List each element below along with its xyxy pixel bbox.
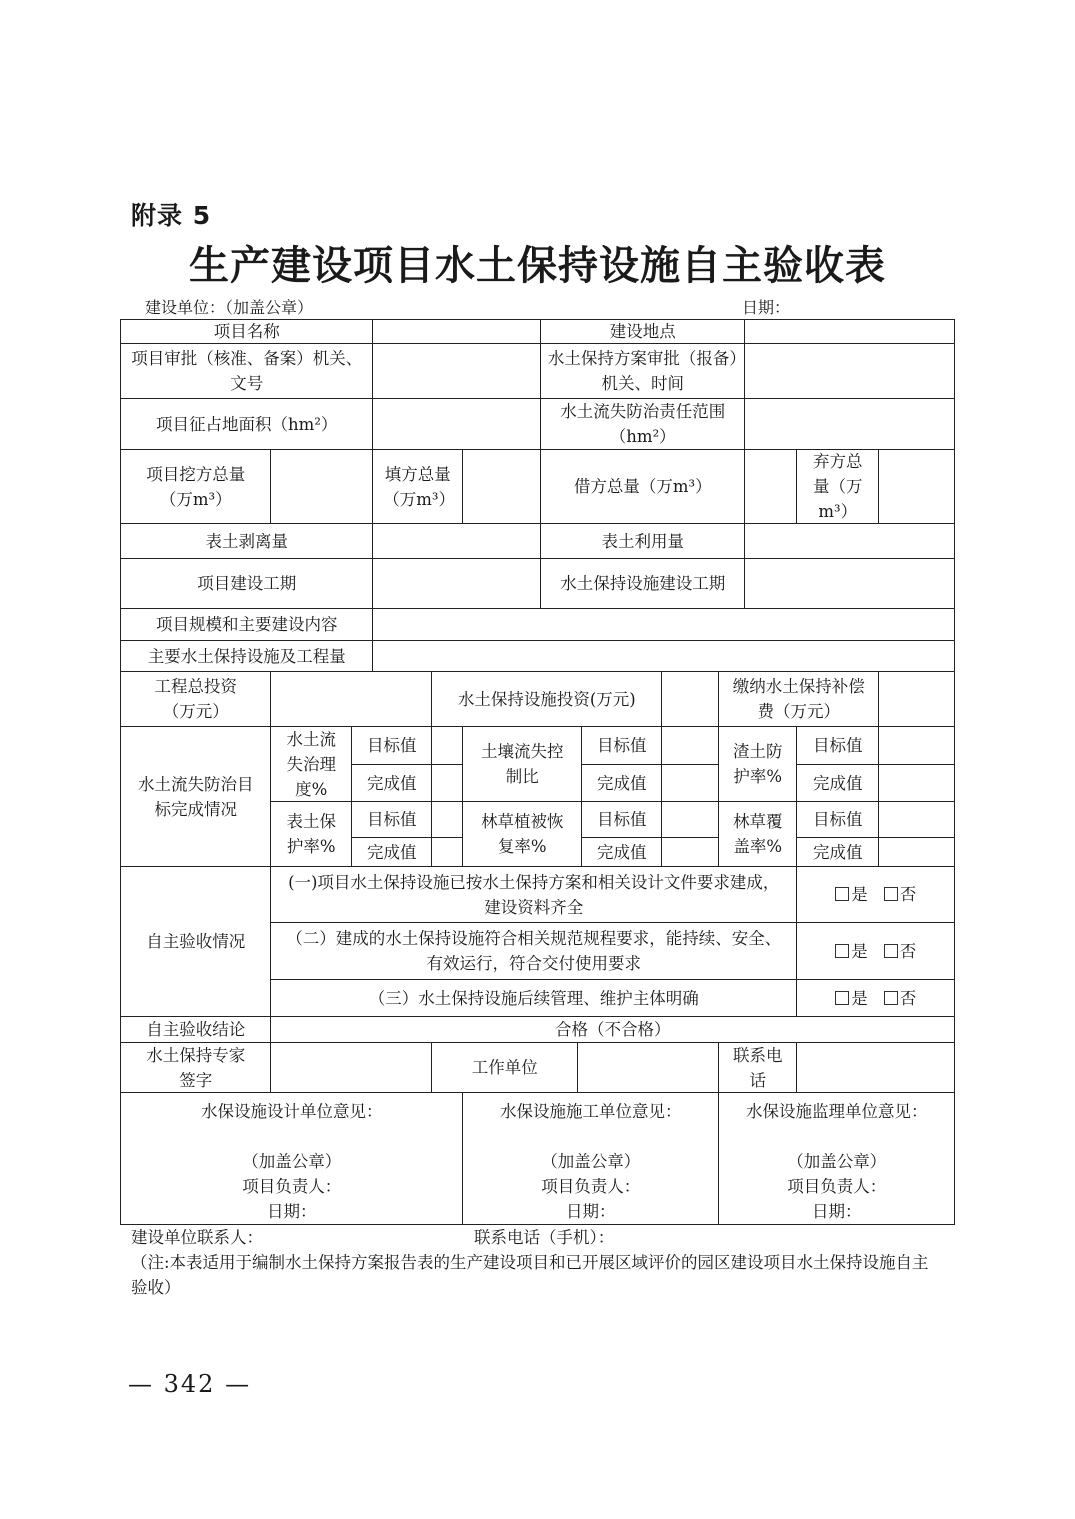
opinion-construction-unit[interactable]: 水保设施施工单位意见： （加盖公章） 项目负责人： 日期： [462, 1092, 719, 1225]
opinion-title: 水保设施监理单位意见： [746, 1099, 928, 1124]
checkbox-icon[interactable] [884, 991, 898, 1005]
no-option[interactable]: 否 [884, 939, 917, 964]
input-project-name[interactable] [372, 319, 541, 344]
yes-option[interactable]: 是 [835, 939, 868, 964]
input-main-facilities[interactable] [372, 640, 955, 672]
label-total-investment: 工程总投资（万元） [120, 671, 271, 727]
opinion-design-unit[interactable]: 水保设施设计单位意见： （加盖公章） 项目负责人： 日期： [120, 1092, 463, 1225]
label-target: 目标值 [351, 801, 432, 838]
label-expert-signature: 水土保持专家签字 [120, 1042, 271, 1093]
input-land-area[interactable] [372, 398, 541, 450]
input-waste[interactable] [878, 449, 955, 524]
leader-label: 项目负责人： [787, 1174, 886, 1199]
input-site[interactable] [744, 319, 955, 344]
label-compensation: 缴纳水土保持补偿费（万元） [718, 671, 879, 727]
checkbox-icon[interactable] [884, 887, 898, 901]
label-done: 完成值 [351, 837, 432, 867]
yes-option[interactable]: 是 [835, 882, 868, 907]
conclusion-value[interactable]: 合格（不合格） [270, 1016, 955, 1043]
label-facility-period: 水土保持设施建设工期 [540, 558, 745, 609]
label-target: 目标值 [581, 726, 662, 765]
seal-label: （加盖公章） [541, 1149, 640, 1174]
input-responsibility-area[interactable] [744, 398, 955, 450]
label-done: 完成值 [796, 837, 879, 867]
leader-label: 项目负责人： [541, 1174, 640, 1199]
input-topsoil-stripped[interactable] [372, 523, 541, 559]
input-phone[interactable] [796, 1042, 955, 1093]
label-conclusion: 自主验收结论 [120, 1016, 271, 1043]
seal-label: （加盖公章） [242, 1149, 341, 1174]
label-target: 目标值 [581, 801, 662, 838]
acceptance-choice-3: 是 否 [796, 979, 955, 1017]
label-facility-investment: 水土保持设施投资(万元) [431, 671, 662, 727]
checkbox-icon[interactable] [884, 944, 898, 958]
input-compensation[interactable] [878, 671, 955, 727]
indicator-erosion-control: 水土流失治理度% [270, 726, 352, 802]
input-facility-investment[interactable] [661, 671, 719, 727]
label-target: 目标值 [796, 726, 879, 765]
input-target-erosion-control[interactable] [431, 726, 463, 765]
label-excavation: 项目挖方总量（万m³） [120, 449, 271, 524]
contact-phone-label: 联系电话（手机）： [474, 1225, 614, 1250]
date-label: 日期： [566, 1199, 616, 1224]
input-done-soil-loss-ratio[interactable] [661, 764, 719, 802]
label-waste: 弃方总量（万m³） [796, 449, 879, 524]
label-goals-section: 水土流失防治目标完成情况 [120, 726, 271, 867]
no-option[interactable]: 否 [884, 986, 917, 1011]
input-target-vegetation-coverage[interactable] [878, 801, 955, 838]
checkbox-icon[interactable] [835, 944, 849, 958]
input-done-vegetation-restoration[interactable] [661, 837, 719, 867]
indicator-vegetation-coverage: 林草覆盖率% [718, 801, 797, 867]
input-excavation[interactable] [270, 449, 373, 524]
yes-option[interactable]: 是 [835, 986, 868, 1011]
opinion-title: 水保设施施工单位意见： [500, 1099, 682, 1124]
input-scale[interactable] [372, 608, 955, 641]
date-label: 日期： [812, 1199, 862, 1224]
label-fill: 填方总量（万m³） [372, 449, 463, 524]
input-borrow[interactable] [744, 449, 797, 524]
indicator-spoil-protection: 渣土防护率% [718, 726, 797, 802]
label-approval: 项目审批（核准、备案）机关、文号 [120, 343, 373, 399]
input-facility-period[interactable] [744, 558, 955, 609]
label-acceptance-section: 自主验收情况 [120, 866, 271, 1017]
acceptance-choice-1: 是 否 [796, 866, 955, 923]
label-done: 完成值 [581, 837, 662, 867]
label-responsibility-area: 水土流失防治责任范围（hm²） [540, 398, 745, 450]
opinion-supervision-unit[interactable]: 水保设施监理单位意见： （加盖公章） 项目负责人： 日期： [718, 1092, 955, 1225]
page-number: — 342 — [128, 1370, 251, 1398]
label-plan-approval: 水土保持方案审批（报备）机关、时间 [540, 343, 745, 399]
input-target-soil-loss-ratio[interactable] [661, 726, 719, 765]
label-done: 完成值 [351, 764, 432, 802]
label-target: 目标值 [796, 801, 879, 838]
input-fill[interactable] [462, 449, 541, 524]
acceptance-item-1: (一)项目水土保持设施已按水土保持方案和相关设计文件要求建成，建设资料齐全 [270, 866, 797, 923]
contact-person-label: 建设单位联系人： [131, 1225, 263, 1250]
label-borrow: 借方总量（万m³） [540, 449, 745, 524]
input-approval[interactable] [372, 343, 541, 399]
acceptance-choice-2: 是 否 [796, 922, 955, 980]
no-option[interactable]: 否 [884, 882, 917, 907]
checkbox-icon[interactable] [835, 887, 849, 901]
label-topsoil-used: 表土利用量 [540, 523, 745, 559]
input-total-investment[interactable] [270, 671, 432, 727]
checkbox-icon[interactable] [835, 991, 849, 1005]
label-scale: 项目规模和主要建设内容 [120, 608, 373, 641]
label-main-facilities: 主要水土保持设施及工程量 [120, 640, 373, 672]
opinion-title: 水保设施设计单位意见： [201, 1099, 383, 1124]
input-target-topsoil-protection[interactable] [431, 801, 463, 838]
input-done-spoil-protection[interactable] [878, 764, 955, 802]
label-done: 完成值 [581, 764, 662, 802]
input-plan-approval[interactable] [744, 343, 955, 399]
label-project-period: 项目建设工期 [120, 558, 373, 609]
leader-label: 项目负责人： [242, 1174, 341, 1199]
input-expert-signature[interactable] [270, 1042, 432, 1093]
label-work-unit: 工作单位 [431, 1042, 578, 1093]
input-done-topsoil-protection[interactable] [431, 837, 463, 867]
label-phone: 联系电话 [718, 1042, 797, 1093]
input-done-vegetation-coverage[interactable] [878, 837, 955, 867]
acceptance-item-3: （三）水土保持设施后续管理、维护主体明确 [270, 979, 797, 1017]
label-land-area: 项目征占地面积（hm²） [120, 398, 373, 450]
footnote: （注:本表适用于编制水土保持方案报告表的生产建设项目和已开展区域评价的园区建设项… [131, 1250, 941, 1300]
indicator-soil-loss-ratio: 土壤流失控制比 [462, 726, 582, 802]
input-project-period[interactable] [372, 558, 541, 609]
acceptance-item-2: （二）建成的水土保持设施符合相关规范规程要求，能持续、安全、有效运行，符合交付使… [270, 922, 797, 980]
input-target-vegetation-restoration[interactable] [661, 801, 719, 838]
label-topsoil-stripped: 表土剥离量 [120, 523, 373, 559]
label-site: 建设地点 [540, 319, 745, 344]
input-work-unit[interactable] [577, 1042, 719, 1093]
label-project-name: 项目名称 [120, 319, 373, 344]
input-target-spoil-protection[interactable] [878, 726, 955, 765]
seal-label: （加盖公章） [787, 1149, 886, 1174]
input-topsoil-used[interactable] [744, 523, 955, 559]
indicator-vegetation-restoration: 林草植被恢复率% [462, 801, 582, 867]
label-done: 完成值 [796, 764, 879, 802]
date-label: 日期： [267, 1199, 317, 1224]
label-target: 目标值 [351, 726, 432, 765]
input-done-erosion-control[interactable] [431, 764, 463, 802]
indicator-topsoil-protection: 表土保护率% [270, 801, 352, 867]
